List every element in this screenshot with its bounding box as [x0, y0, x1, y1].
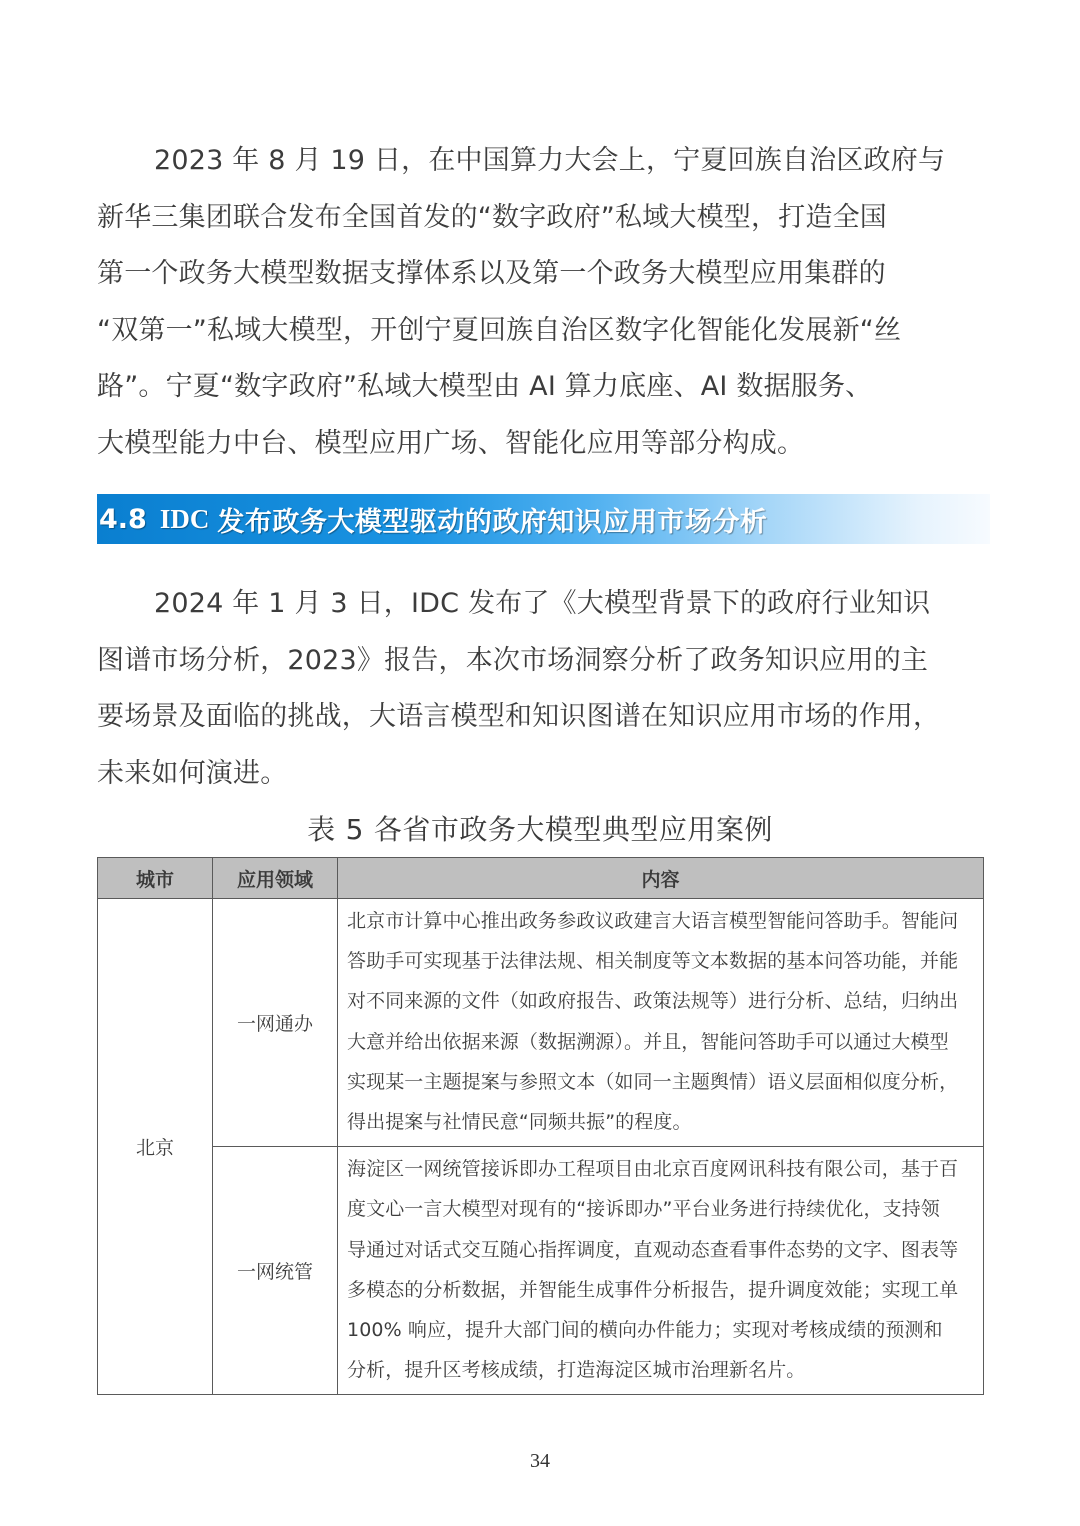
paragraph-line: “双第一”私域大模型，开创宁夏回族自治区数字化智能化发展新“丝	[97, 303, 977, 360]
cell-domain: 一网通办	[213, 899, 338, 1147]
table-row: 一网统管 海淀区一网统管接诉即办工程项目由北京百度网讯科技有限公司，基于百 度文…	[98, 1147, 984, 1395]
paragraph-line: 2024 年 1 月 3 日，IDC 发布了《大模型背景下的政府行业知识	[97, 576, 977, 633]
content-line: 分析，提升区考核成绩，打造海淀区城市治理新名片。	[347, 1350, 975, 1390]
table-header-row: 城市 应用领域 内容	[98, 858, 984, 899]
page-number: 34	[0, 1450, 1080, 1473]
content-line: 导通过对话式交互随心指挥调度，直观动态查看事件态势的文字、图表等	[347, 1230, 975, 1270]
paragraph-idc-report: 2024 年 1 月 3 日，IDC 发布了《大模型背景下的政府行业知识 图谱市…	[97, 576, 977, 802]
content-line: 答助手可实现基于法律法规、相关制度等文本数据的基本问答功能，并能	[347, 941, 975, 981]
section-heading: 4.8 IDC 发布政务大模型驱动的政府知识应用市场分析	[97, 494, 990, 544]
paragraph-line: 未来如何演进。	[97, 746, 977, 803]
document-page: 2023 年 8 月 19 日，在中国算力大会上，宁夏回族自治区政府与 新华三集…	[0, 0, 1080, 1526]
paragraph-line: 路”。宁夏“数字政府”私域大模型由 AI 算力底座、AI 数据服务、	[97, 359, 977, 416]
cell-city: 北京	[98, 899, 213, 1395]
content-line: 实现某一主题提案与参照文本（如同一主题舆情）语义层面相似度分析，	[347, 1062, 975, 1102]
content-line: 北京市计算中心推出政务参政议政建言大语言模型智能问答助手。智能问	[347, 901, 975, 941]
column-header-city: 城市	[98, 858, 213, 899]
content-line: 海淀区一网统管接诉即办工程项目由北京百度网讯科技有限公司，基于百	[347, 1149, 975, 1189]
paragraph-line: 第一个政务大模型数据支撑体系以及第一个政务大模型应用集群的	[97, 246, 977, 303]
section-org: IDC	[160, 504, 210, 535]
paragraph-line: 新华三集团联合发布全国首发的“数字政府”私域大模型，打造全国	[97, 190, 977, 247]
section-number: 4.8	[99, 504, 147, 535]
table-caption-title: 各省市政务大模型典型应用案例	[374, 813, 773, 846]
section-title: 发布政务大模型驱动的政府知识应用市场分析	[217, 500, 767, 539]
column-header-domain: 应用领域	[213, 858, 338, 899]
cell-content: 北京市计算中心推出政务参政议政建言大语言模型智能问答助手。智能问 答助手可实现基…	[338, 899, 984, 1147]
paragraph-line: 图谱市场分析，2023》报告，本次市场洞察分析了政务知识应用的主	[97, 633, 977, 690]
cell-domain: 一网统管	[213, 1147, 338, 1395]
column-header-content: 内容	[338, 858, 984, 899]
content-line: 大意并给出依据来源（数据溯源）。并且，智能问答助手可以通过大模型	[347, 1022, 975, 1062]
content-line: 度文心一言大模型对现有的“接诉即办”平台业务进行持续优化，支持领	[347, 1189, 975, 1229]
content-line: 多模态的分析数据，并智能生成事件分析报告，提升调度效能；实现工单	[347, 1270, 975, 1310]
table-caption-number: 5	[346, 813, 364, 846]
content-line: 100% 响应，提升大部门间的横向办件能力；实现对考核成绩的预测和	[347, 1310, 975, 1350]
table-row: 北京 一网通办 北京市计算中心推出政务参政议政建言大语言模型智能问答助手。智能问…	[98, 899, 984, 1147]
paragraph-line: 要场景及面临的挑战，大语言模型和知识图谱在知识应用市场的作用，	[97, 689, 977, 746]
paragraph-ningxia-model: 2023 年 8 月 19 日，在中国算力大会上，宁夏回族自治区政府与 新华三集…	[97, 133, 977, 472]
table-caption: 表5各省市政务大模型典型应用案例	[0, 808, 1080, 848]
cell-content: 海淀区一网统管接诉即办工程项目由北京百度网讯科技有限公司，基于百 度文心一言大模…	[338, 1147, 984, 1395]
content-line: 对不同来源的文件（如政府报告、政策法规等）进行分析、总结，归纳出	[347, 981, 975, 1021]
content-line: 得出提案与社情民意“同频共振”的程度。	[347, 1102, 975, 1142]
table-caption-prefix: 表	[307, 813, 336, 846]
paragraph-line: 大模型能力中台、模型应用广场、智能化应用等部分构成。	[97, 416, 977, 473]
cases-table: 城市 应用领域 内容 北京 一网通办 北京市计算中心推出政务参政议政建言大语言模…	[97, 857, 984, 1395]
paragraph-line: 2023 年 8 月 19 日，在中国算力大会上，宁夏回族自治区政府与	[97, 133, 977, 190]
